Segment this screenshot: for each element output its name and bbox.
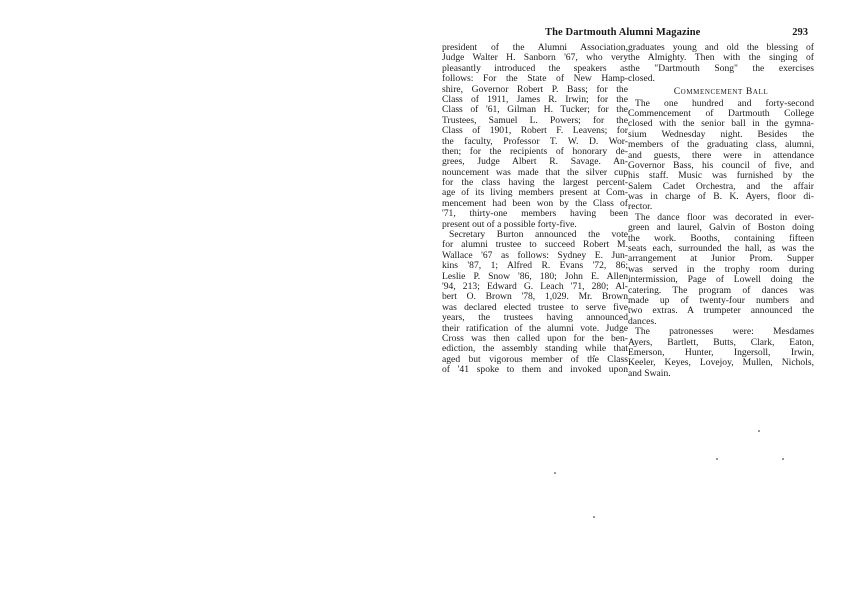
blank-left-page <box>0 0 438 600</box>
right-text-column: graduates young and old the blessing of … <box>628 43 814 379</box>
text-line: Class of 1901, Robert F. Leavens; for <box>442 126 628 136</box>
scan-speck <box>716 458 718 460</box>
scan-speck <box>593 355 595 357</box>
text-line: was in charge of B. K. Ayers, floor di- <box>628 192 814 202</box>
scan-speck <box>554 472 556 474</box>
scan-speck <box>593 516 595 518</box>
running-header: The Dartmouth Alumni Magazine 293 <box>440 27 820 41</box>
page-number: 293 <box>792 27 808 38</box>
scan-speck <box>782 458 784 460</box>
text-line: closed. <box>628 74 814 84</box>
text-line: and Swain. <box>628 369 814 379</box>
section-heading: Commencement Ball <box>628 86 814 98</box>
text-line: the "Dartmouth Song" the exercises <box>628 64 814 74</box>
text-line: The patronesses were: Mesdames <box>628 327 814 337</box>
text-line: members of the graduating class, alumni, <box>628 140 814 150</box>
text-line: years, the trustees having announced <box>442 313 628 323</box>
left-text-column: president of the Alumni Association, Jud… <box>442 43 628 376</box>
magazine-page-spread: The Dartmouth Alumni Magazine 293 presid… <box>0 0 852 600</box>
magazine-title: The Dartmouth Alumni Magazine <box>545 27 700 38</box>
text-line: follows: For the State of New Hamp- <box>442 74 628 84</box>
text-line: of '41 spoke to them and invoked upon <box>442 365 628 375</box>
scan-speck <box>758 430 760 432</box>
